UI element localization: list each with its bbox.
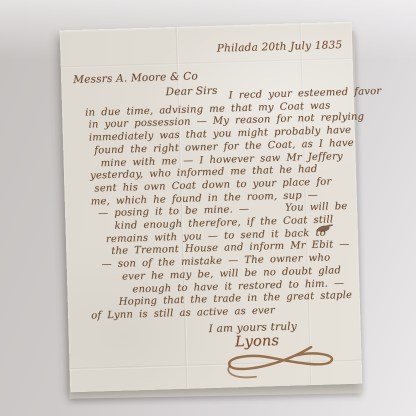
letter-dateline: Philada 20th July 1835 bbox=[217, 39, 343, 55]
horizontal-fold-crease bbox=[61, 58, 353, 69]
letter-paper: Philada 20th July 1835 Messrs A. Moore &… bbox=[60, 22, 363, 393]
signature-flourish bbox=[215, 340, 346, 386]
letter-body: I recd your esteemed favorin due time, a… bbox=[85, 87, 354, 323]
photo-backdrop: Philada 20th July 1835 Messrs A. Moore &… bbox=[0, 0, 416, 416]
